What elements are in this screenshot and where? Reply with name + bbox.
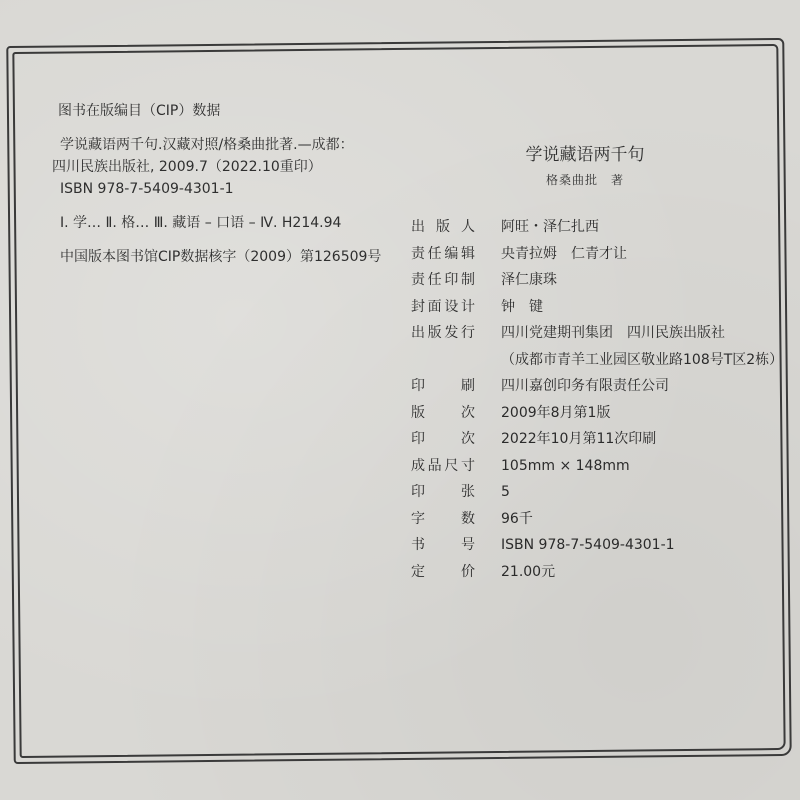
row-label: 印刷	[411, 373, 475, 400]
book-author: 格桑曲批 著	[485, 171, 685, 188]
row-label: 出版人	[411, 214, 475, 241]
row-value: （成都市青羊工业园区敬业路108号T区2栋）	[501, 347, 783, 374]
colophon-row-printing: 印次 2022年10月第11次印刷	[405, 426, 785, 453]
cip-number: 中国版本图书馆CIP数据核字（2009）第126509号	[60, 246, 412, 268]
row-label: 封面设计	[411, 294, 475, 321]
colophon-block: 学说藏语两千句 格桑曲批 著 出版人 阿旺・泽仁扎西 责任编辑 央青拉姆 仁青才…	[405, 140, 785, 585]
colophon-row-printer: 印刷 四川嘉创印务有限责任公司	[405, 373, 785, 400]
copyright-page: 图书在版编目（CIP）数据 学说藏语两千句.汉藏对照/格桑曲批著.—成都： 四川…	[0, 0, 800, 800]
row-label: 责任编辑	[411, 241, 475, 268]
cip-isbn: ISBN 978-7-5409-4301-1	[60, 178, 412, 200]
row-value: 21.00元	[501, 559, 555, 586]
cip-heading: 图书在版编目（CIP）数据	[58, 100, 412, 122]
row-label: 成品尺寸	[411, 453, 475, 480]
row-value: 四川党建期刊集团 四川民族出版社	[501, 320, 725, 347]
row-label: 出版发行	[411, 320, 475, 347]
row-label: 字数	[411, 506, 475, 533]
row-value: 2009年8月第1版	[501, 400, 610, 427]
row-label: 书号	[411, 532, 475, 559]
cip-entry-line-2: 四川民族出版社, 2009.7（2022.10重印）	[52, 156, 412, 178]
colophon-row-sheets: 印张 5	[405, 479, 785, 506]
colophon-row-editor: 责任编辑 央青拉姆 仁青才让	[405, 241, 785, 268]
colophon-row-edition: 版次 2009年8月第1版	[405, 400, 785, 427]
row-value: ISBN 978-7-5409-4301-1	[501, 532, 675, 559]
colophon-row-distribution: 出版发行 四川党建期刊集团 四川民族出版社	[405, 320, 785, 347]
book-title: 学说藏语两千句	[465, 140, 705, 165]
row-value: 105mm × 148mm	[501, 453, 630, 480]
colophon-row-address: （成都市青羊工业园区敬业路108号T区2栋）	[405, 347, 785, 374]
row-value: 阿旺・泽仁扎西	[501, 214, 599, 241]
colophon-row-print-supervisor: 责任印制 泽仁康珠	[405, 267, 785, 294]
row-value: 5	[501, 479, 510, 506]
cip-data-block: 图书在版编目（CIP）数据 学说藏语两千句.汉藏对照/格桑曲批著.—成都： 四川…	[52, 100, 412, 268]
colophon-row-cover-design: 封面设计 钟 键	[405, 294, 785, 321]
row-label: 印次	[411, 426, 475, 453]
row-label: 印张	[411, 479, 475, 506]
row-label: 版次	[411, 400, 475, 427]
colophon-row-price: 定价 21.00元	[405, 559, 785, 586]
row-value: 钟 键	[501, 294, 543, 321]
row-value: 央青拉姆 仁青才让	[501, 241, 627, 268]
row-value: 四川嘉创印务有限责任公司	[501, 373, 669, 400]
colophon-row-size: 成品尺寸 105mm × 148mm	[405, 453, 785, 480]
colophon-row-word-count: 字数 96千	[405, 506, 785, 533]
row-label: 责任印制	[411, 267, 475, 294]
colophon-row-publisher: 出版人 阿旺・泽仁扎西	[405, 214, 785, 241]
cip-entry-line-1: 学说藏语两千句.汉藏对照/格桑曲批著.—成都：	[60, 134, 412, 156]
row-label: 定价	[411, 559, 475, 586]
colophon-row-isbn: 书号 ISBN 978-7-5409-4301-1	[405, 532, 785, 559]
colophon-table: 出版人 阿旺・泽仁扎西 责任编辑 央青拉姆 仁青才让 责任印制 泽仁康珠 封面设…	[405, 214, 785, 585]
row-value: 泽仁康珠	[501, 267, 557, 294]
cip-subjects: Ⅰ. 学… Ⅱ. 格… Ⅲ. 藏语 – 口语 – Ⅳ. H214.94	[60, 212, 412, 234]
row-value: 2022年10月第11次印刷	[501, 426, 656, 453]
row-value: 96千	[501, 506, 533, 533]
